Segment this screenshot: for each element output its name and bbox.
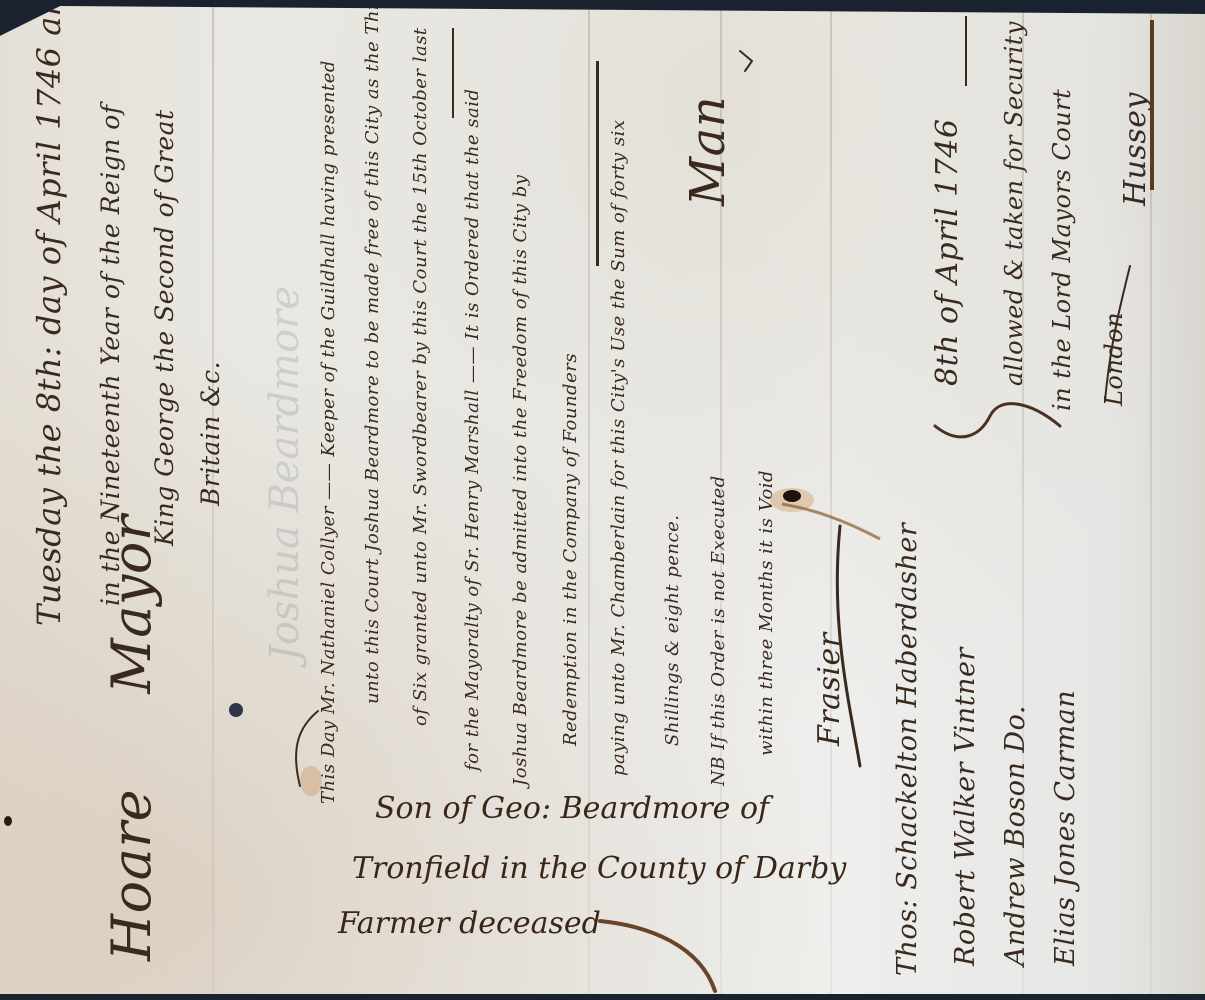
burn-hole [762, 484, 882, 544]
page-edge [0, 994, 1205, 1000]
stain [300, 766, 322, 796]
manuscript-page: Joshua Beardmore Tuesday the 8th: day of… [0, 6, 1205, 1000]
pen-flourishes [0, 6, 1205, 1000]
